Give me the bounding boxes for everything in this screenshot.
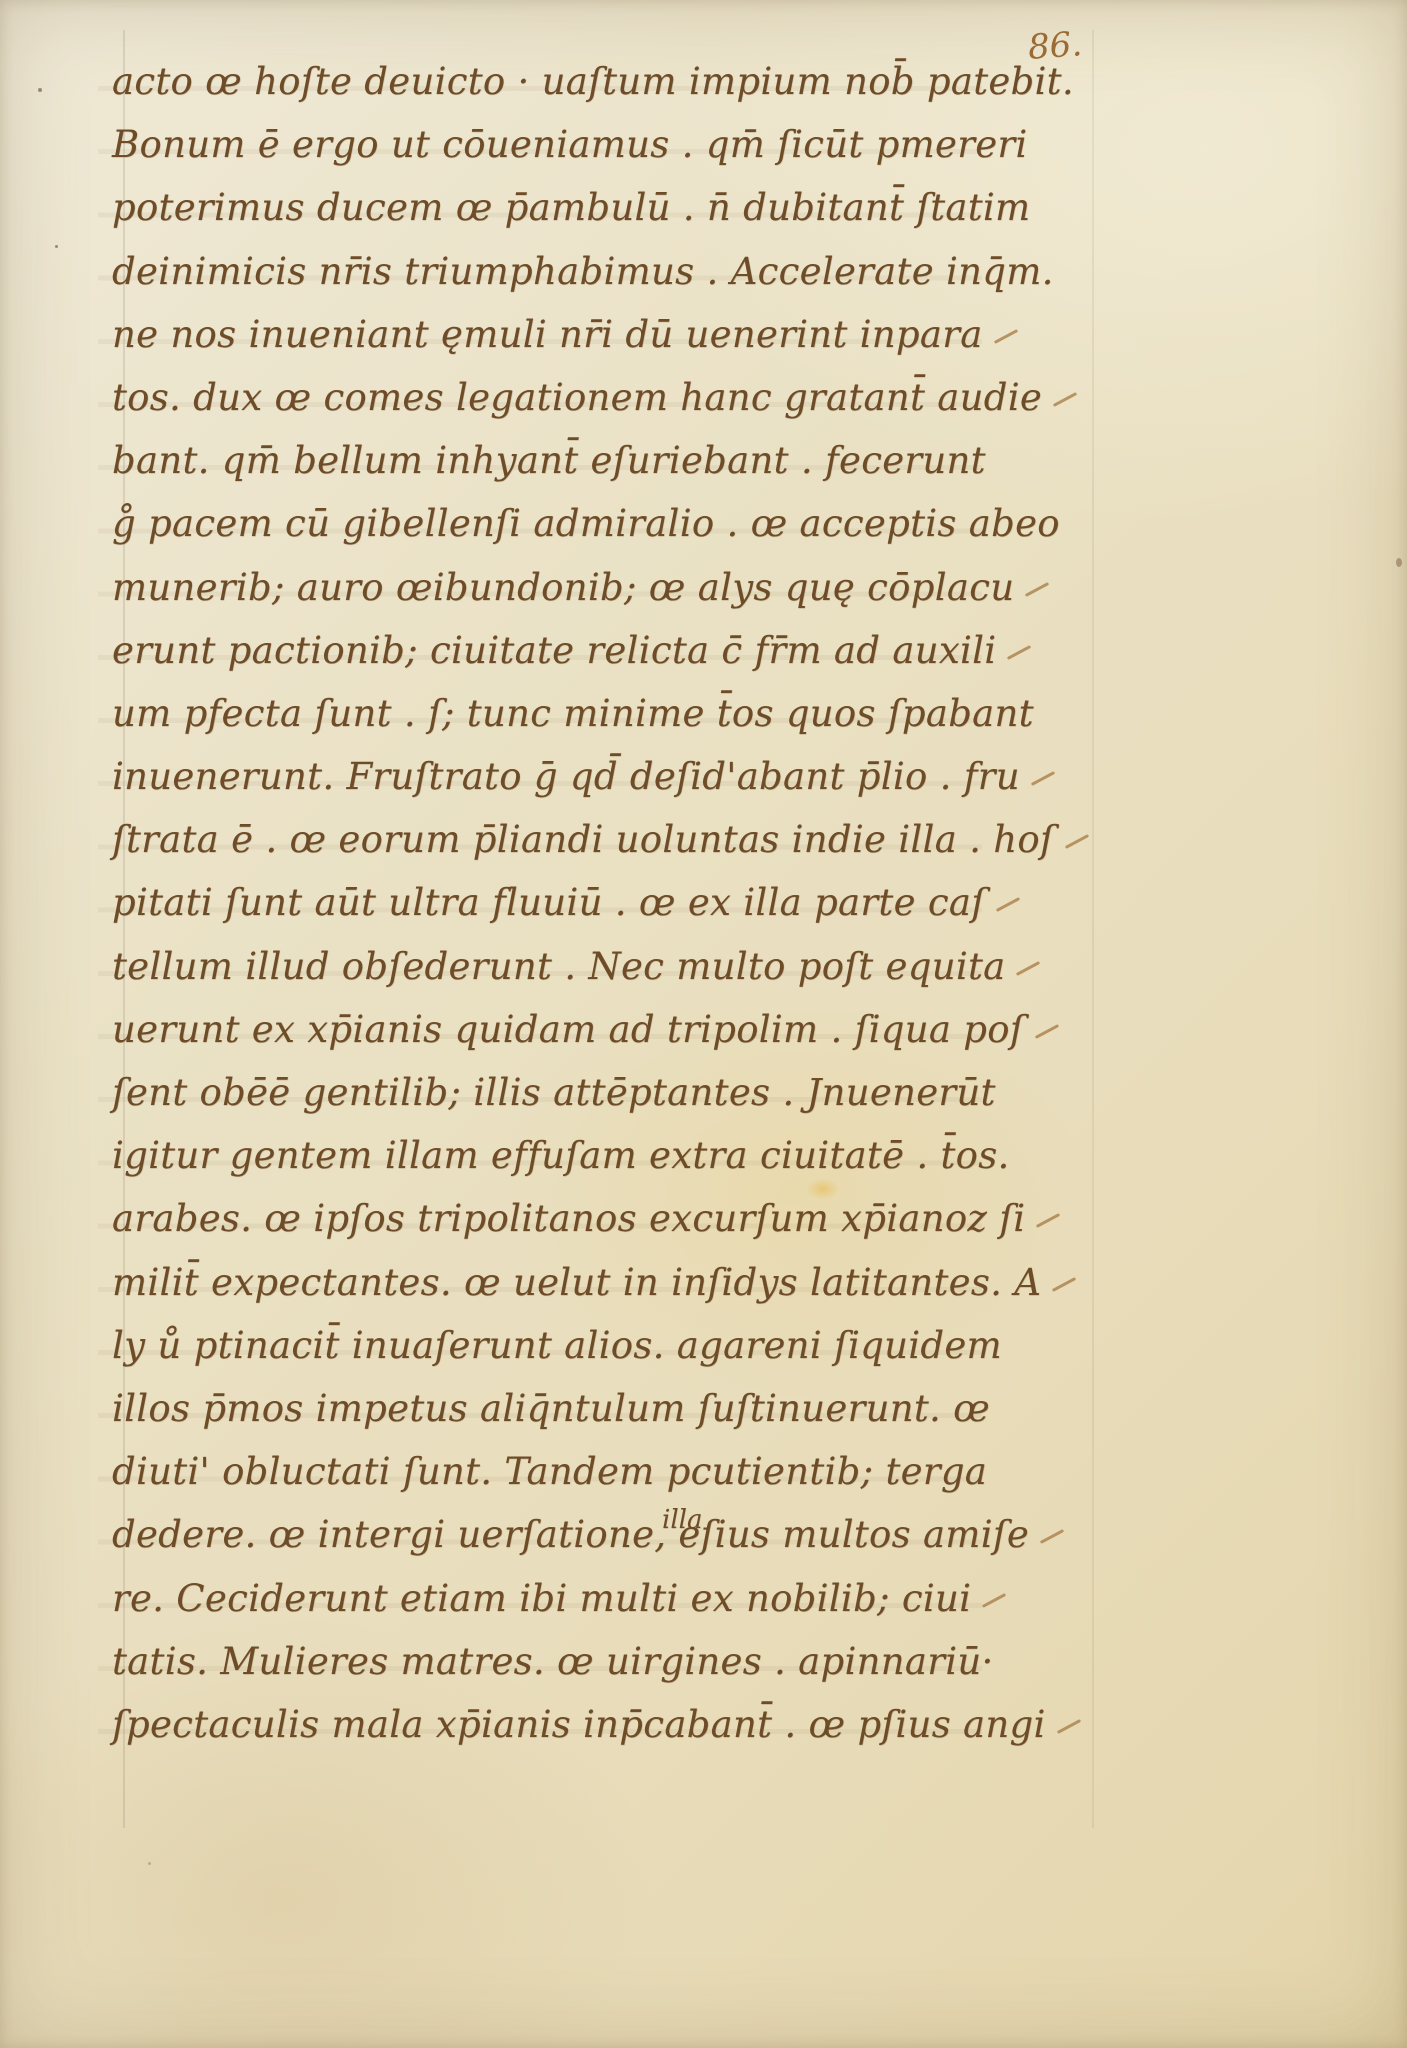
- parchment-speck: [148, 1862, 151, 1865]
- line-end-hyphen-mark: [996, 898, 1020, 913]
- line-text: uerunt ex xp̄ianis quidam ad tripolim . …: [112, 1008, 1024, 1051]
- line-end-hyphen-mark: [1056, 1719, 1080, 1734]
- text-line: arabes. œ ipſos tripolitanos excurſum xp…: [112, 1187, 942, 1250]
- text-line: dedere. œ intergi uerſatione, eſius mult…: [112, 1503, 942, 1566]
- parchment-speck: [38, 88, 42, 92]
- text-line: ly ů ptinacit̄ inuaſerunt alios. agareni…: [112, 1314, 942, 1377]
- text-line: re. Ceciderunt etiam ibi multi ex nobili…: [112, 1567, 942, 1630]
- line-text: ſent obēē gentilib; illis attēptantes . …: [112, 1071, 996, 1114]
- line-text: tos. dux œ comes legationem hanc gratant…: [112, 376, 1042, 419]
- text-line: tatis. Mulieres matres. œ uirgines . api…: [112, 1630, 942, 1693]
- line-text: ly ů ptinacit̄ inuaſerunt alios. agareni…: [112, 1324, 1002, 1367]
- text-line: acto œ hoſte deuicto · uaſtum impium nob…: [112, 50, 942, 113]
- text-block: acto œ hoſte deuicto · uaſtum impium nob…: [112, 50, 942, 1756]
- line-text: tatis. Mulieres matres. œ uirgines . api…: [112, 1640, 994, 1683]
- line-text: illos p̄mos impetus aliq̄ntulum ſuſtinue…: [112, 1387, 990, 1430]
- ruling-line-right: [1092, 30, 1094, 1828]
- line-text: igitur gentem illam effuſam extra ciuita…: [112, 1134, 1010, 1177]
- line-text: erunt pactionib; ciuitate relicta c̄ fr̄…: [112, 629, 996, 672]
- line-end-hyphen-mark: [1052, 1277, 1076, 1292]
- line-text: Bonum ē ergo ut cōueniamus . qm̄ ſicūt p…: [112, 123, 1028, 166]
- line-text: acto œ hoſte deuicto · uaſtum impium nob…: [112, 60, 1074, 103]
- text-line: tos. dux œ comes legationem hanc gratant…: [112, 366, 942, 429]
- text-line: Bonum ē ergo ut cōueniamus . qm̄ ſicūt p…: [112, 113, 942, 176]
- line-end-hyphen-mark: [993, 329, 1017, 344]
- text-line: illos p̄mos impetus aliq̄ntulum ſuſtinue…: [112, 1377, 942, 1440]
- text-line: poterimus ducem œ p̄ambulū . n̄ dubitant…: [112, 176, 942, 239]
- line-text: ſpectaculis mala xp̄ianis inp̄cabant̄ . …: [112, 1703, 1046, 1746]
- text-line: deinimicis nr̄is triumphabimus . Acceler…: [112, 240, 942, 303]
- parchment-speck: [55, 245, 58, 248]
- text-line: diuti' obluctati ſunt. Tandem pcutientib…: [112, 1440, 942, 1503]
- text-line: igitur gentem illam effuſam extra ciuita…: [112, 1124, 942, 1187]
- line-text: re. Ceciderunt etiam ibi multi ex nobili…: [112, 1577, 971, 1620]
- line-text: diuti' obluctati ſunt. Tandem pcutientib…: [112, 1450, 987, 1493]
- line-end-hyphen-mark: [1053, 392, 1077, 407]
- line-text: pitati ſunt aūt ultra fluuiū . œ ex illa…: [112, 881, 985, 924]
- text-line: munerib; auro œibundonib; œ alys quę cōp…: [112, 556, 942, 619]
- text-line: erunt pactionib; ciuitate relicta c̄ fr̄…: [112, 619, 942, 682]
- text-line: ſent obēē gentilib; illis attēptantes . …: [112, 1061, 942, 1124]
- text-line: g̊ pacem cū gibellenſi admiralio . œ acc…: [112, 492, 942, 555]
- line-text: tellum illud obſederunt . Nec multo poſt…: [112, 945, 1005, 988]
- line-text: um pfecta ſunt . ſ; tunc minime t̄os quo…: [112, 692, 1034, 735]
- line-text: ſtrata ē . œ eorum p̄liandi uoluntas ind…: [112, 818, 1054, 861]
- line-end-hyphen-mark: [1031, 771, 1055, 786]
- line-text: bant. qm̄ bellum inhyant̄ eſuriebant . f…: [112, 439, 986, 482]
- line-text: dedere. œ intergi uerſatione, eſius mult…: [112, 1513, 1029, 1556]
- line-text: ne nos inueniant ęmuli nr̄i dū uenerint …: [112, 313, 983, 356]
- interlinear-note: illa: [662, 1505, 702, 1535]
- line-text: inuenerunt. Fruſtrato ḡ qd̄ deſid'abant …: [112, 755, 1020, 798]
- text-line: milit̄ expectantes. œ uelut in inſidys l…: [112, 1251, 942, 1314]
- line-end-hyphen-mark: [982, 1593, 1006, 1608]
- text-line: ne nos inueniant ęmuli nr̄i dū uenerint …: [112, 303, 942, 366]
- line-end-hyphen-mark: [1040, 1529, 1064, 1544]
- text-line: uerunt ex xp̄ianis quidam ad tripolim . …: [112, 998, 942, 1061]
- line-end-hyphen-mark: [1036, 1213, 1060, 1228]
- line-end-hyphen-mark: [1016, 961, 1040, 976]
- line-text: poterimus ducem œ p̄ambulū . n̄ dubitant…: [112, 186, 1030, 229]
- text-line: tellum illud obſederunt . Nec multo poſt…: [112, 935, 942, 998]
- line-text: g̊ pacem cū gibellenſi admiralio . œ acc…: [112, 502, 1060, 545]
- line-end-hyphen-mark: [1007, 645, 1031, 660]
- line-end-hyphen-mark: [1065, 834, 1089, 849]
- line-text: arabes. œ ipſos tripolitanos excurſum xp…: [112, 1197, 1025, 1240]
- text-line: pitati ſunt aūt ultra fluuiū . œ ex illa…: [112, 871, 942, 934]
- line-text: milit̄ expectantes. œ uelut in inſidys l…: [112, 1261, 1041, 1304]
- parchment-speck: [1396, 558, 1402, 567]
- text-line: bant. qm̄ bellum inhyant̄ eſuriebant . f…: [112, 429, 942, 492]
- manuscript-page: 86. acto œ hoſte deuicto · uaſtum impium…: [0, 0, 1407, 2048]
- text-line: ſpectaculis mala xp̄ianis inp̄cabant̄ . …: [112, 1693, 942, 1756]
- line-end-hyphen-mark: [1035, 1024, 1059, 1039]
- line-end-hyphen-mark: [1025, 582, 1049, 597]
- text-line: ſtrata ē . œ eorum p̄liandi uoluntas ind…: [112, 808, 942, 871]
- text-line: um pfecta ſunt . ſ; tunc minime t̄os quo…: [112, 682, 942, 745]
- line-text: munerib; auro œibundonib; œ alys quę cōp…: [112, 566, 1014, 609]
- text-line: inuenerunt. Fruſtrato ḡ qd̄ deſid'abant …: [112, 745, 942, 808]
- line-text: deinimicis nr̄is triumphabimus . Acceler…: [112, 250, 1054, 293]
